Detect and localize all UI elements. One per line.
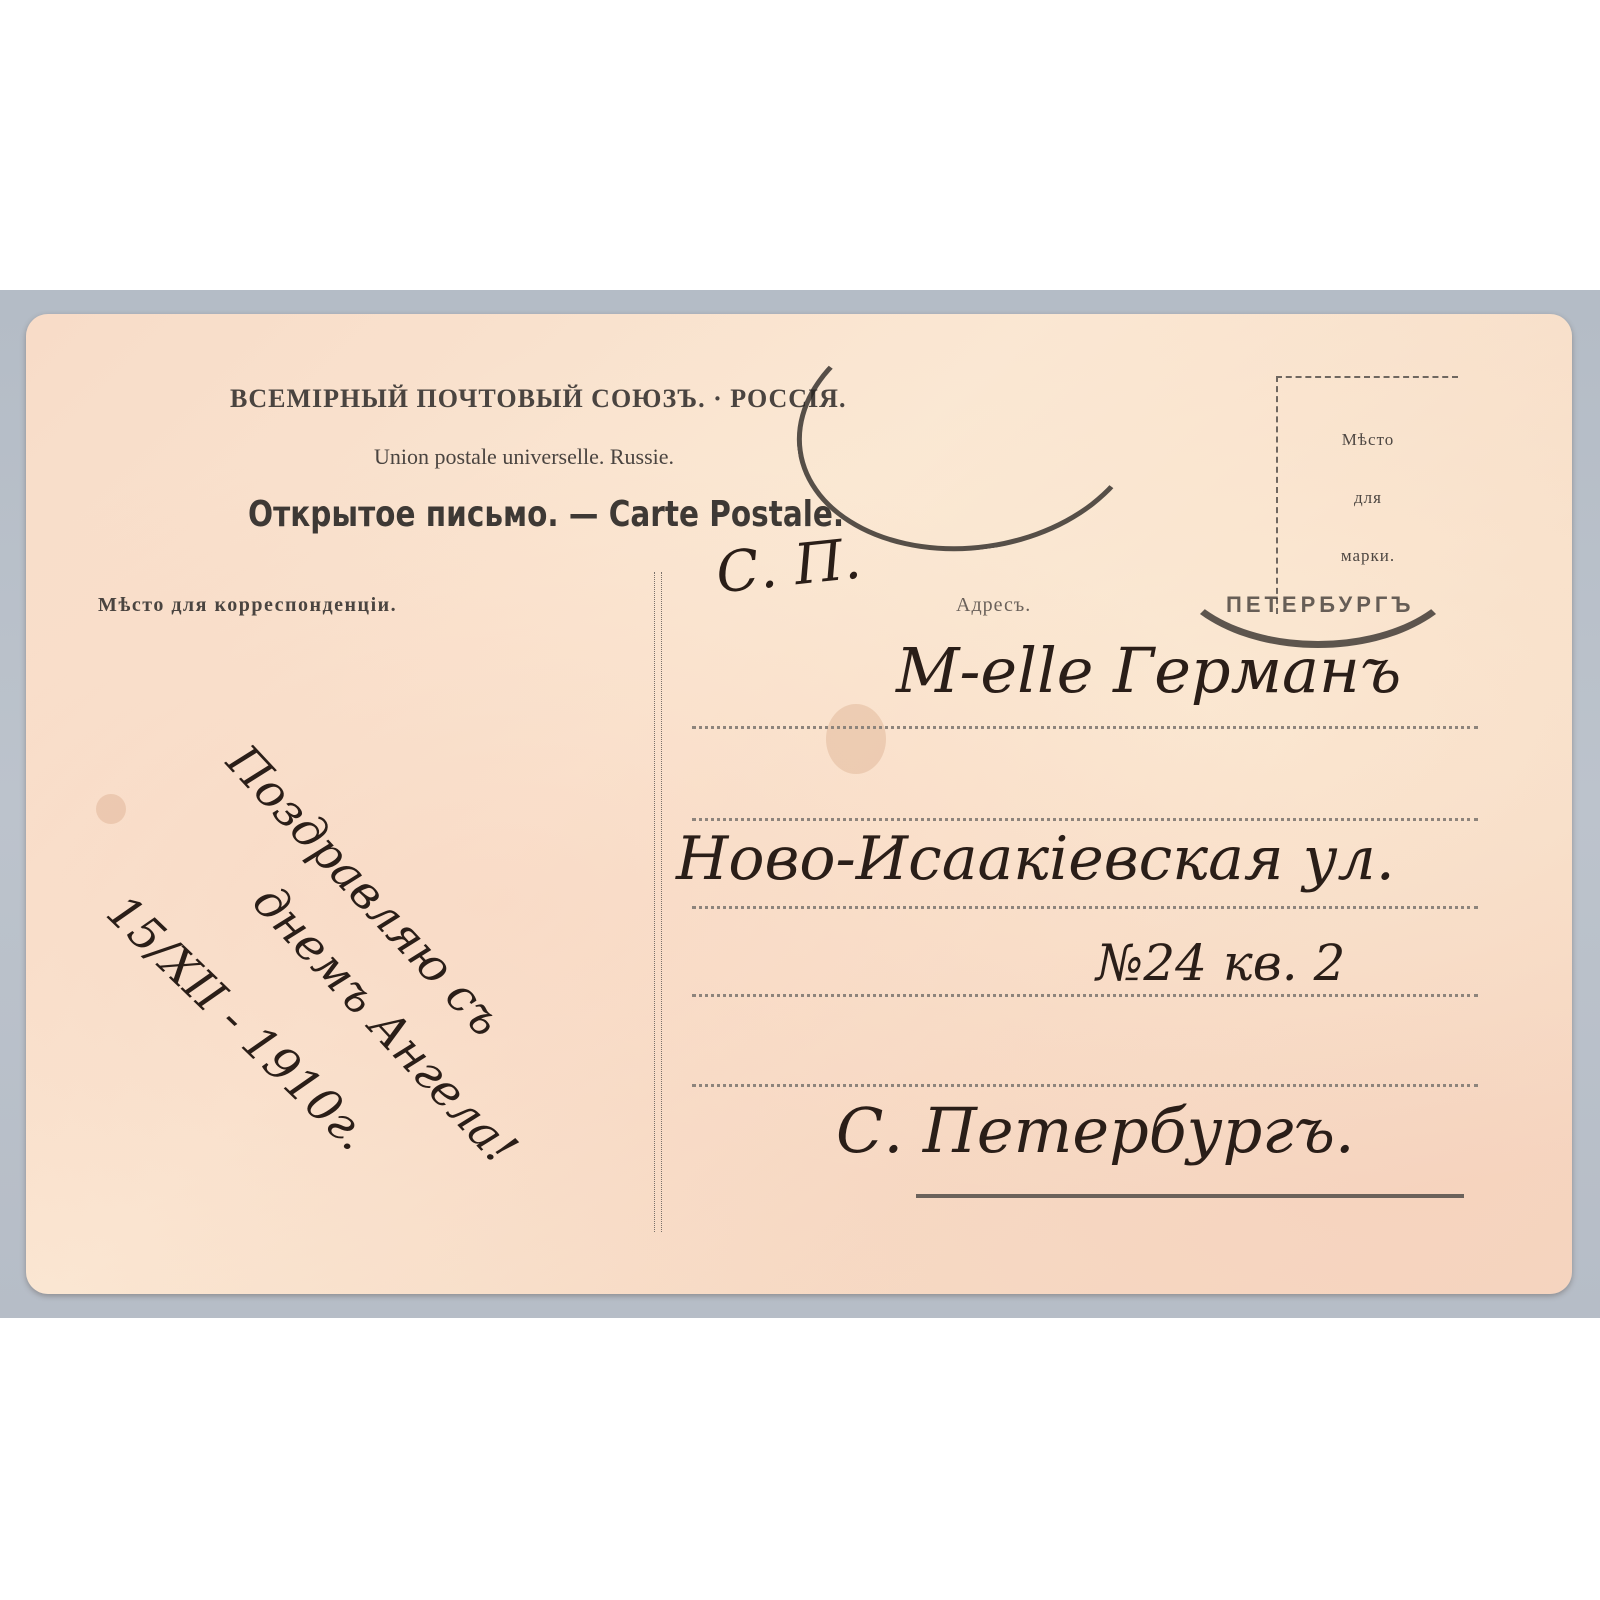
postcard: ВСЕМIРНЫЙ ПОЧТОВЫЙ СОЮЗЪ. · РОССIЯ. Unio… — [26, 314, 1572, 1294]
address-dotted-line — [692, 818, 1478, 821]
stain — [826, 704, 886, 774]
address-label: Адресъ. — [956, 594, 1031, 617]
handwritten-recipient: M-elle Германъ — [896, 634, 1401, 707]
divider-line — [654, 572, 662, 1232]
correspondence-label: Мѣсто для корреспонденцiи. — [98, 594, 397, 617]
stamp-box-text: Мѣсто — [1278, 430, 1458, 450]
stain — [96, 794, 126, 824]
handwritten-house-number: №24 кв. 2 — [1096, 934, 1345, 992]
address-dotted-line — [692, 1084, 1478, 1087]
printed-header-french: Union postale universelle. Russie. — [374, 444, 674, 470]
postmark-arc — [1166, 464, 1470, 648]
handwritten-date: 15/XII - 1910г. — [96, 884, 380, 1161]
printed-header-russian: ВСЕМIРНЫЙ ПОЧТОВЫЙ СОЮЗЪ. · РОССIЯ. — [230, 384, 846, 414]
printed-card-title: Открытое письмо. — Carte Postale. — [248, 494, 844, 535]
handwritten-street: Ново-Исаакiевская ул. — [676, 824, 1395, 894]
address-underline — [916, 1194, 1464, 1198]
handwritten-address-prefix: С. П. — [713, 527, 864, 607]
postmark-text: ПЕТЕРБУРГЪ — [1226, 592, 1415, 618]
handwritten-city: С. Петербургъ. — [836, 1094, 1355, 1167]
address-dotted-line — [692, 726, 1478, 729]
address-dotted-line — [692, 994, 1478, 997]
address-dotted-line — [692, 906, 1478, 909]
